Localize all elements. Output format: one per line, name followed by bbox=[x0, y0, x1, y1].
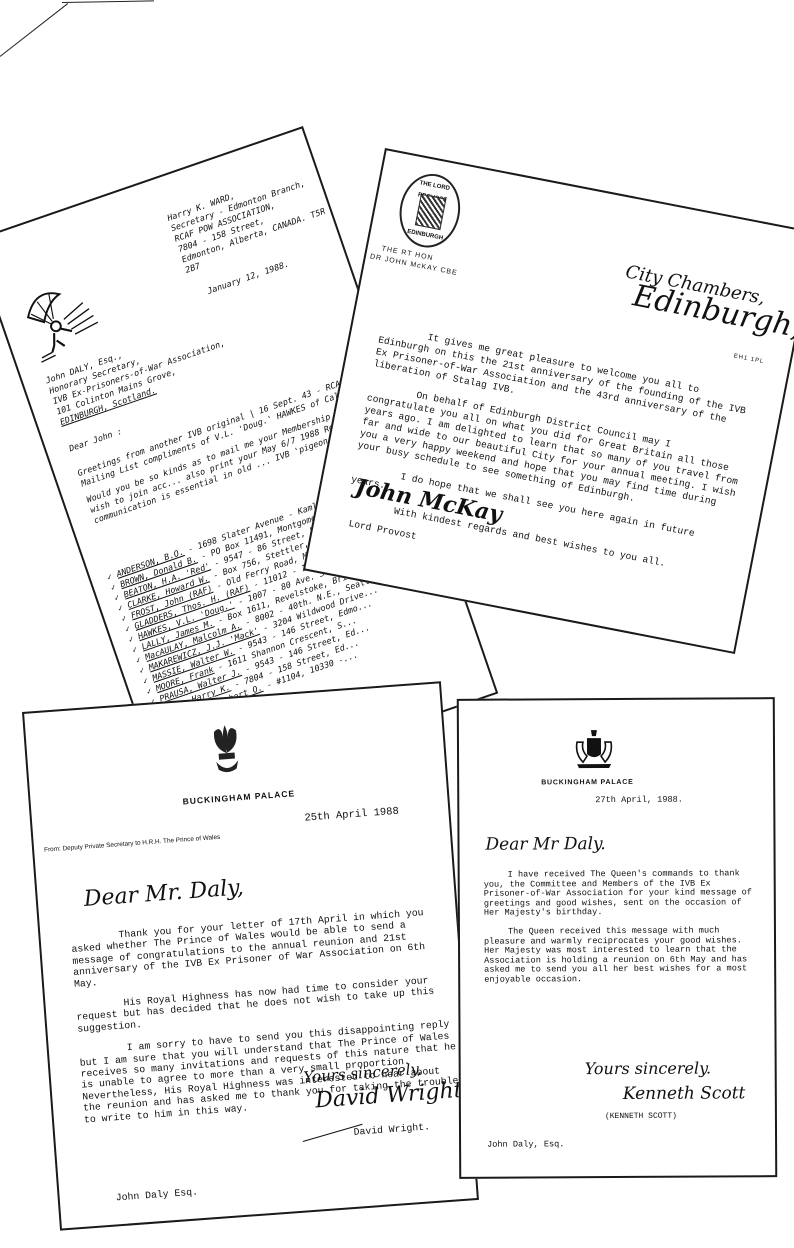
letter-prince-of-wales: BUCKINGHAM PALACE From: Deputy Private S… bbox=[22, 681, 479, 1230]
underlying-sheet-edge bbox=[62, 0, 154, 3]
letter-body: It gives me great pleasure to welcome yo… bbox=[343, 323, 754, 592]
underlying-sheet-edge bbox=[0, 3, 68, 57]
letter-date: 25th April 1988 bbox=[304, 807, 399, 825]
salutation: Dear John : bbox=[68, 426, 124, 454]
salutation: Dear Mr. Daly, bbox=[83, 882, 244, 905]
parachutist-icon bbox=[14, 270, 113, 369]
salutation: Dear Mr Daly. bbox=[485, 840, 605, 850]
royal-coat-of-arms-icon bbox=[573, 728, 615, 768]
signatory-name: David Wright. bbox=[353, 1121, 430, 1138]
from-line: From: Deputy Private Secretary to H.R.H.… bbox=[44, 832, 221, 856]
lord-provost-seal-icon: THE LORD PROVOST EDINBURGH bbox=[393, 169, 466, 253]
handwritten-signature: David Wright bbox=[315, 1085, 463, 1107]
closing: Yours sincerely. bbox=[585, 1064, 711, 1074]
recipient: John Daly, Esq. bbox=[487, 1140, 564, 1150]
postcode: EH1 1PL bbox=[733, 350, 766, 368]
prince-of-wales-feathers-icon bbox=[207, 722, 245, 776]
letter-date: 27th April, 1988. bbox=[595, 796, 683, 806]
letter-lord-provost: THE LORD PROVOST EDINBURGH THE RT HON DR… bbox=[303, 148, 794, 654]
signatory-name: (KENNETH SCOTT) bbox=[605, 1112, 677, 1122]
handwritten-signature: Kenneth Scott bbox=[623, 1089, 746, 1099]
letter-body: I have received The Queen's commands to … bbox=[484, 869, 755, 994]
sender-address: Harry K. WARD, Secretary - Edmonton Bran… bbox=[166, 163, 335, 276]
letterhead: BUCKINGHAM PALACE bbox=[541, 778, 633, 788]
recipient: John Daly Esq. bbox=[115, 1186, 198, 1203]
letter-the-queen: BUCKINGHAM PALACE 27th April, 1988. Dear… bbox=[457, 697, 778, 1179]
coat-of-arms-icon bbox=[415, 194, 447, 230]
letterhead-address-line2: Edinburgh, bbox=[632, 290, 794, 334]
